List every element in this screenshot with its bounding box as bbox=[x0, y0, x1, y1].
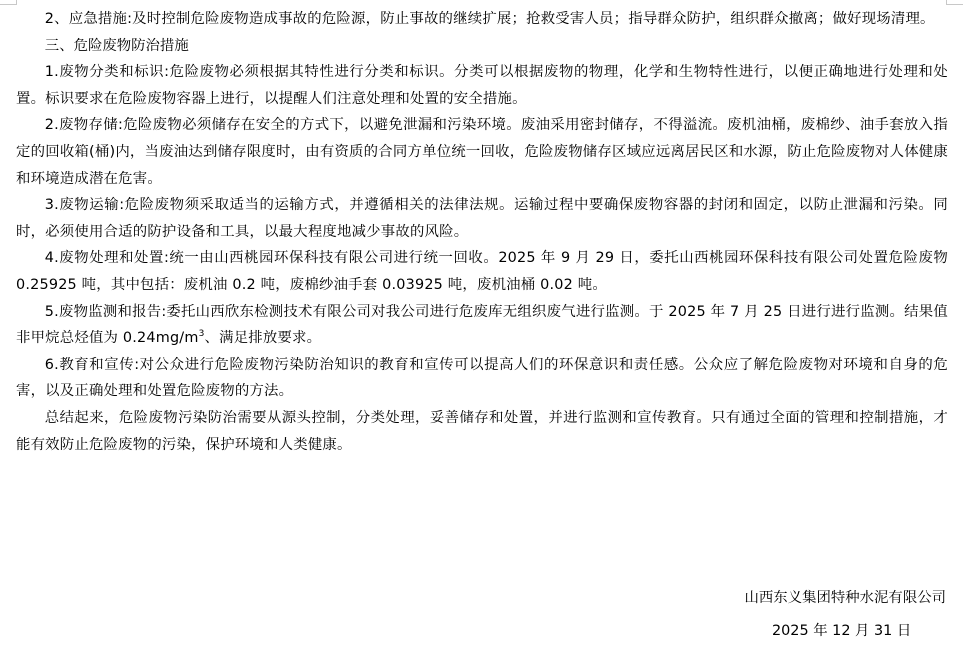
paragraph-monitoring: 5.废物监测和报告:委托山西欣东检测技术有限公司对我公司进行危废库无组织废气进行… bbox=[16, 299, 948, 352]
paragraph-text: 对公众进行危险废物污染防治知识的教育和宣传可以提高人们的环保意识和责任感。公众应… bbox=[16, 357, 948, 400]
document-page: 2、应急措施:及时控制危险废物造成事故的危险源，防止事故的继续扩展；抢救受害人员… bbox=[16, 0, 948, 458]
paragraph-label: 4.废物处理和处置: bbox=[45, 250, 169, 266]
page-corner-mark-right bbox=[946, 0, 963, 5]
paragraph-label: 2、应急措施: bbox=[45, 11, 132, 27]
paragraph-text: 总结起来，危险废物污染防治需要从源头控制，分类处理，妥善储存和处置，并进行监测和… bbox=[16, 410, 948, 453]
paragraph-label: 1.废物分类和标识: bbox=[45, 64, 169, 80]
signature-company: 山西东义集团特种水泥有限公司 bbox=[745, 585, 946, 611]
paragraph-education: 6.教育和宣传:对公众进行危险废物污染防治知识的教育和宣传可以提高人们的环保意识… bbox=[16, 352, 948, 405]
paragraph-label: 2.废物存储: bbox=[45, 117, 123, 133]
paragraph-text: 危险废物须采取适当的运输方式，并遵循相关的法律法规。运输过程中要确保废物容器的封… bbox=[16, 197, 948, 240]
paragraph-classification: 1.废物分类和标识:危险废物必须根据其特性进行分类和标识。分类可以根据废物的物理… bbox=[16, 59, 948, 112]
paragraph-label: 3.废物运输: bbox=[45, 197, 124, 213]
paragraph-text: 及时控制危险废物造成事故的危险源，防止事故的继续扩展；抢救受害人员；指导群众防护… bbox=[132, 11, 935, 27]
paragraph-summary: 总结起来，危险废物污染防治需要从源头控制，分类处理，妥善储存和处置，并进行监测和… bbox=[16, 405, 948, 458]
paragraph-emergency-measures: 2、应急措施:及时控制危险废物造成事故的危险源，防止事故的继续扩展；抢救受害人员… bbox=[16, 6, 948, 33]
paragraph-disposal: 4.废物处理和处置:统一由山西桃园环保科技有限公司进行统一回收。2025 年 9… bbox=[16, 245, 948, 298]
paragraph-transport: 3.废物运输:危险废物须采取适当的运输方式，并遵循相关的法律法规。运输过程中要确… bbox=[16, 192, 948, 245]
paragraph-text: 危险废物必须储存在安全的方式下，以避免泄漏和污染环境。废油采用密封储存，不得溢流… bbox=[16, 117, 948, 186]
paragraph-text-after: 、满足排放要求。 bbox=[205, 330, 322, 346]
paragraph-label: 5.废物监测和报告: bbox=[45, 304, 167, 320]
paragraph-label: 6.教育和宣传: bbox=[45, 357, 139, 373]
paragraph-storage: 2.废物存储:危险废物必须储存在安全的方式下，以避免泄漏和污染环境。废油采用密封… bbox=[16, 112, 948, 192]
page-corner-mark-left bbox=[0, 0, 17, 5]
section-heading: 三、危险废物防治措施 bbox=[16, 33, 948, 60]
signature-date: 2025 年 12 月 31 日 bbox=[772, 618, 911, 644]
